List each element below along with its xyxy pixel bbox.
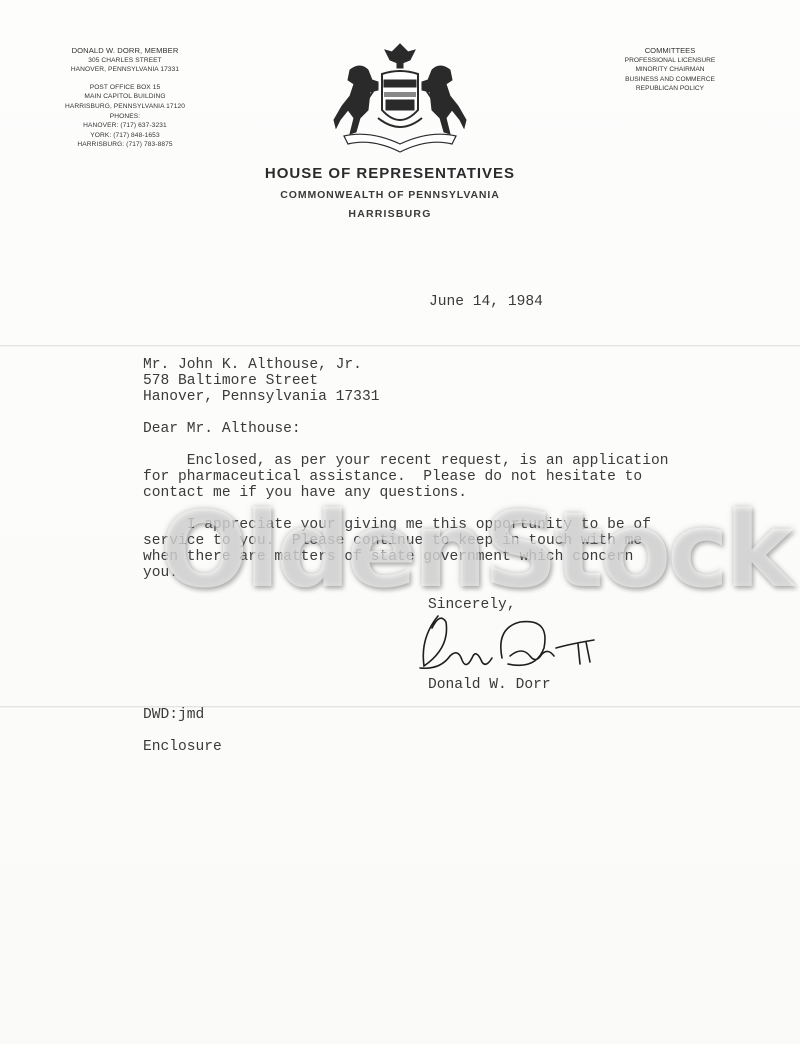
letter-page: DONALD W. DORR, MEMBER 305 CHARLES STREE…	[0, 0, 800, 1044]
capitol-address-line: HARRISBURG, PENNSYLVANIA 17120	[30, 102, 220, 112]
house-title: HOUSE OF REPRESENTATIVES	[230, 165, 550, 182]
enclosure-note: Enclosure	[143, 739, 222, 755]
letter-date: June 14, 1984	[429, 294, 543, 310]
committees-title: COMMITTEES	[595, 46, 745, 56]
phone-line: HANOVER: (717) 637-3231	[30, 121, 220, 131]
paragraph-line: for pharmaceutical assistance. Please do…	[143, 469, 668, 485]
capitol-address-line: POST OFFICE BOX 15	[30, 83, 220, 93]
fold-line	[0, 345, 800, 347]
capitol-address-line: MAIN CAPITOL BUILDING	[30, 92, 220, 102]
signer-name: Donald W. Dorr	[428, 677, 551, 693]
reference-initials: DWD:jmd	[143, 707, 204, 723]
coat-of-arms-icon	[320, 40, 480, 155]
home-address-line: 305 CHARLES STREET	[30, 56, 220, 66]
paragraph-line: service to you. Please continue to keep …	[143, 533, 651, 549]
phones-label: PHONES:	[30, 112, 220, 122]
home-address-line: HANOVER, PENNSYLVANIA 17331	[30, 65, 220, 75]
member-name: DONALD W. DORR, MEMBER	[30, 46, 220, 56]
paragraph: I appreciate your giving me this opportu…	[143, 517, 651, 581]
committee-item: MINORITY CHAIRMAN	[595, 65, 745, 75]
paragraph-line: contact me if you have any questions.	[143, 485, 668, 501]
house-city: HARRISBURG	[230, 208, 550, 220]
recipient-address: Mr. John K. Althouse, Jr.578 Baltimore S…	[143, 357, 379, 405]
paragraph-line: I appreciate your giving me this opportu…	[143, 517, 651, 533]
phone-line: HARRISBURG: (717) 783-8875	[30, 140, 220, 150]
salutation: Dear Mr. Althouse:	[143, 421, 301, 437]
committee-item: BUSINESS AND COMMERCE	[595, 75, 745, 85]
member-contact-block: DONALD W. DORR, MEMBER 305 CHARLES STREE…	[30, 46, 220, 150]
paragraph-line: when there are matters of state governme…	[143, 549, 651, 565]
phone-line: YORK: (717) 848-1653	[30, 131, 220, 141]
paragraph: Enclosed, as per your recent request, is…	[143, 453, 668, 501]
handwritten-signature	[410, 608, 610, 683]
recipient-line: Mr. John K. Althouse, Jr.	[143, 357, 379, 373]
paragraph-line: Enclosed, as per your recent request, is…	[143, 453, 668, 469]
house-header: HOUSE OF REPRESENTATIVES COMMONWEALTH OF…	[230, 165, 550, 220]
committees-block: COMMITTEES PROFESSIONAL LICENSURE MINORI…	[595, 46, 745, 94]
committee-item: REPUBLICAN POLICY	[595, 84, 745, 94]
paragraph-line: you.	[143, 565, 651, 581]
recipient-line: Hanover, Pennsylvania 17331	[143, 389, 379, 405]
fold-line	[0, 706, 800, 708]
committee-item: PROFESSIONAL LICENSURE	[595, 56, 745, 66]
house-subtitle: COMMONWEALTH OF PENNSYLVANIA	[230, 189, 550, 201]
recipient-line: 578 Baltimore Street	[143, 373, 379, 389]
